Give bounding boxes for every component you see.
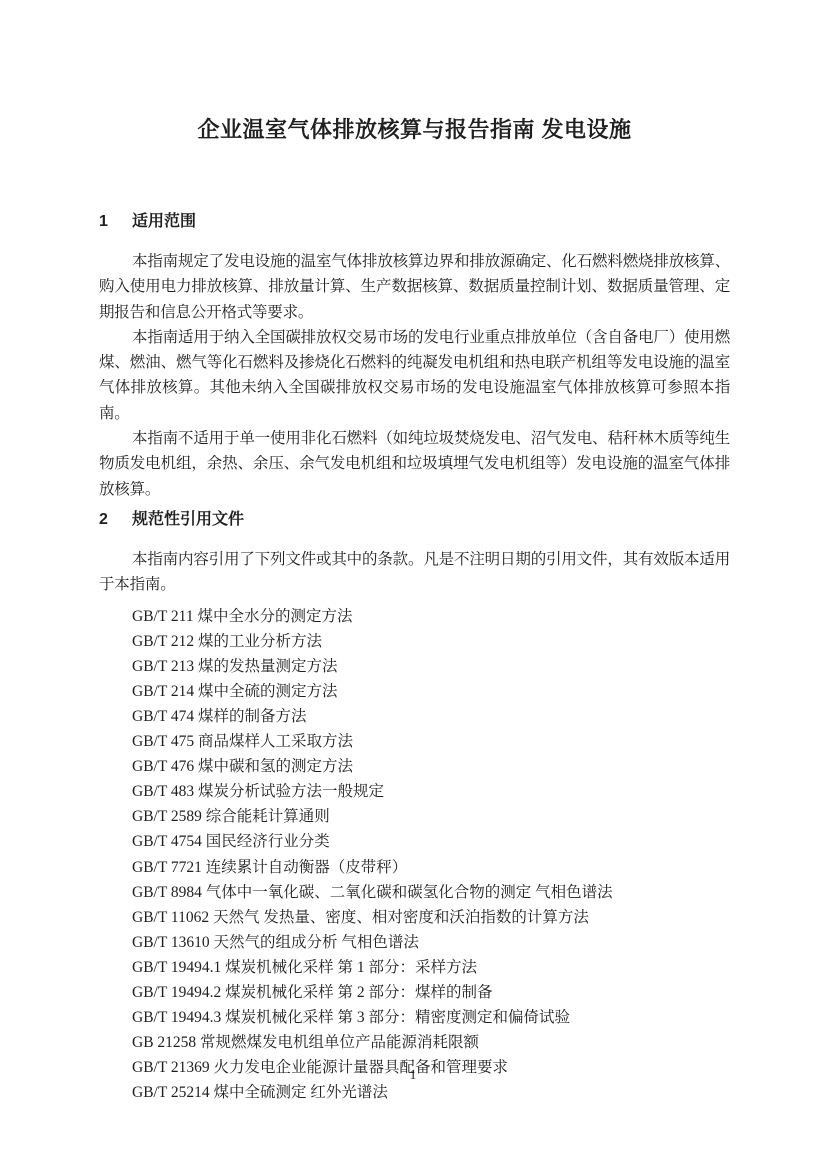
reference-item: GB/T 211 煤中全水分的测定方法	[99, 604, 730, 629]
paragraph: 本指南内容引用了下列文件或其中的条款。凡是不注明日期的引用文件，其有效版本适用于…	[99, 547, 730, 598]
section-2-number: 2	[99, 508, 132, 532]
section-scope: 1适用范围 本指南规定了发电设施的温室气体排放核算边界和排放源确定、化石燃料燃烧…	[99, 210, 730, 502]
reference-item: GB/T 475 商品煤样人工采取方法	[99, 729, 730, 754]
reference-item: GB/T 19494.3 煤炭机械化采样 第 3 部分：精密度测定和偏倚试验	[99, 1005, 730, 1030]
section-1-number: 1	[99, 210, 132, 234]
reference-item: GB/T 7721 连续累计自动衡器（皮带秤）	[99, 855, 730, 880]
paragraph: 本指南不适用于单一使用非化石燃料（如纯垃圾焚烧发电、沼气发电、秸秆林木质等纯生物…	[99, 426, 730, 502]
section-2-title: 规范性引用文件	[132, 511, 244, 528]
document-page: 企业温室气体排放核算与报告指南 发电设施 1适用范围 本指南规定了发电设施的温室…	[0, 0, 826, 1169]
section-2-heading: 2规范性引用文件	[99, 508, 730, 532]
section-1-title: 适用范围	[132, 213, 196, 230]
page-number: 1	[0, 1066, 826, 1084]
paragraph: 本指南规定了发电设施的温室气体排放核算边界和排放源确定、化石燃料燃烧排放核算、购…	[99, 249, 730, 325]
reference-item: GB/T 213 煤的发热量测定方法	[99, 654, 730, 679]
reference-item: GB/T 19494.1 煤炭机械化采样 第 1 部分：采样方法	[99, 955, 730, 980]
reference-item: GB/T 2589 综合能耗计算通则	[99, 804, 730, 829]
reference-item: GB/T 4754 国民经济行业分类	[99, 829, 730, 854]
reference-item: GB/T 483 煤炭分析试验方法一般规定	[99, 779, 730, 804]
reference-item: GB/T 19494.2 煤炭机械化采样 第 2 部分：煤样的制备	[99, 980, 730, 1005]
reference-item: GB/T 8984 气体中一氧化碳、二氧化碳和碳氢化合物的测定 气相色谱法	[99, 880, 730, 905]
document-title: 企业温室气体排放核算与报告指南 发电设施	[99, 114, 730, 146]
reference-item: GB/T 13610 天然气的组成分析 气相色谱法	[99, 930, 730, 955]
reference-item: GB/T 476 煤中碳和氢的测定方法	[99, 754, 730, 779]
section-normative-references: 2规范性引用文件 本指南内容引用了下列文件或其中的条款。凡是不注明日期的引用文件…	[99, 508, 730, 1105]
reference-item: GB 21258 常规燃煤发电机组单位产品能源消耗限额	[99, 1030, 730, 1055]
reference-list: GB/T 211 煤中全水分的测定方法 GB/T 212 煤的工业分析方法 GB…	[99, 604, 730, 1106]
reference-item: GB/T 25214 煤中全硫测定 红外光谱法	[99, 1080, 730, 1105]
reference-item: GB/T 212 煤的工业分析方法	[99, 629, 730, 654]
paragraph: 本指南适用于纳入全国碳排放权交易市场的发电行业重点排放单位（含自备电厂）使用燃煤…	[99, 325, 730, 426]
reference-item: GB/T 474 煤样的制备方法	[99, 704, 730, 729]
reference-item: GB/T 11062 天然气 发热量、密度、相对密度和沃泊指数的计算方法	[99, 905, 730, 930]
section-1-heading: 1适用范围	[99, 210, 730, 234]
reference-item: GB/T 214 煤中全硫的测定方法	[99, 679, 730, 704]
